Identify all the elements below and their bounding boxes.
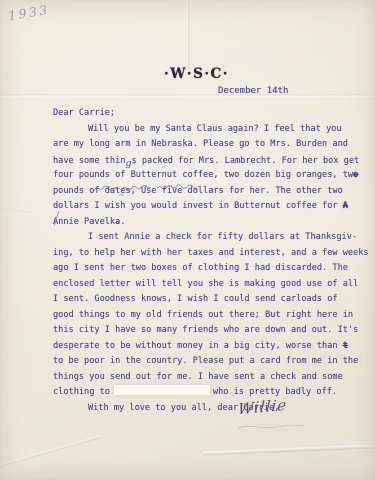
letter-line: I sent Annie a check for fifty dollars a… <box>53 230 369 246</box>
letter-line: ing, to help her with her taxes and inte… <box>53 246 369 262</box>
overstruck-character: A <box>343 201 348 211</box>
fold-crease-lower-right <box>203 444 375 455</box>
letter-body: Dear Carrie; Will you be my Santa Claus … <box>53 106 369 416</box>
fold-crease-mid-left <box>0 205 34 213</box>
letter-line-segment: s packed for Mrs. Lambrecht. For her box… <box>132 156 360 166</box>
handwritten-year-note: 1933 <box>7 2 51 23</box>
signature-flourish <box>236 424 306 430</box>
letter-line: I sent. Goodness knows, I wish I could s… <box>53 292 369 308</box>
overstruck-character: t <box>343 341 348 351</box>
redacted-name-box <box>114 385 210 395</box>
date-line: December 14th <box>218 86 288 96</box>
letter-line: have some things packed for Mrs. Lambrec… <box>53 153 369 169</box>
letter-line-segment: four pounds of Butternut coffee, two doz… <box>53 170 353 180</box>
letter-line: pounds of dates, Use five dollars for he… <box>53 184 369 200</box>
fold-crease-top-right <box>296 0 375 35</box>
letter-line: enclosed letter will tell you she is mak… <box>53 277 369 293</box>
letter-line: clothing towho is pretty badly off. <box>53 385 369 401</box>
letter-line: ago I sent her two boxes of clothing I h… <box>53 261 369 277</box>
letter-line: dollars I wish you would invest in Butte… <box>53 199 369 215</box>
letter-line: desperate to be without money in a big c… <box>53 339 369 355</box>
letter-line: good things to my old friends out there;… <box>53 308 369 324</box>
letter-line-segment: who is pretty badly off. <box>213 387 337 397</box>
letter-line-segment: Annie Pavelka. <box>53 217 125 227</box>
letter-line: this city I have so many friends who are… <box>53 323 369 339</box>
letter-line: Annie Pavelka. <box>53 215 369 231</box>
letter-line: Will you be my Santa Claus again? I feel… <box>53 122 369 138</box>
letter-line: are my long arm in Nebraska. Please go t… <box>53 137 369 153</box>
letter-line: things you send out for me. I have sent … <box>53 370 369 386</box>
letter-line-segment: dollars I wish you would invest in Butte… <box>53 201 343 211</box>
letter-line-segment: desperate to be without money in a big c… <box>53 341 343 351</box>
letter-line-segment: clothing to <box>53 387 110 397</box>
fold-crease-bottom-left <box>0 436 100 472</box>
closing-line: With my love to you all, dear Carrie, <box>53 401 369 417</box>
salutation: Dear Carrie; <box>53 106 369 122</box>
fold-crease-vertical-top <box>187 0 189 70</box>
letter-line: to be poor in the country. Please put a … <box>53 354 369 370</box>
letter-line: four pounds of Butternut coffee, two doz… <box>53 168 369 184</box>
letter-line-segment: have some thin <box>53 156 125 166</box>
letterhead-monogram-wsc: ·W·S·C· <box>0 66 375 82</box>
fold-crease-horizontal-upper <box>0 94 375 97</box>
scanned-letter-page: 1933 ·W·S·C· December 14th ^ Dear Carrie… <box>0 0 375 480</box>
overstruck-character: o <box>353 170 358 180</box>
